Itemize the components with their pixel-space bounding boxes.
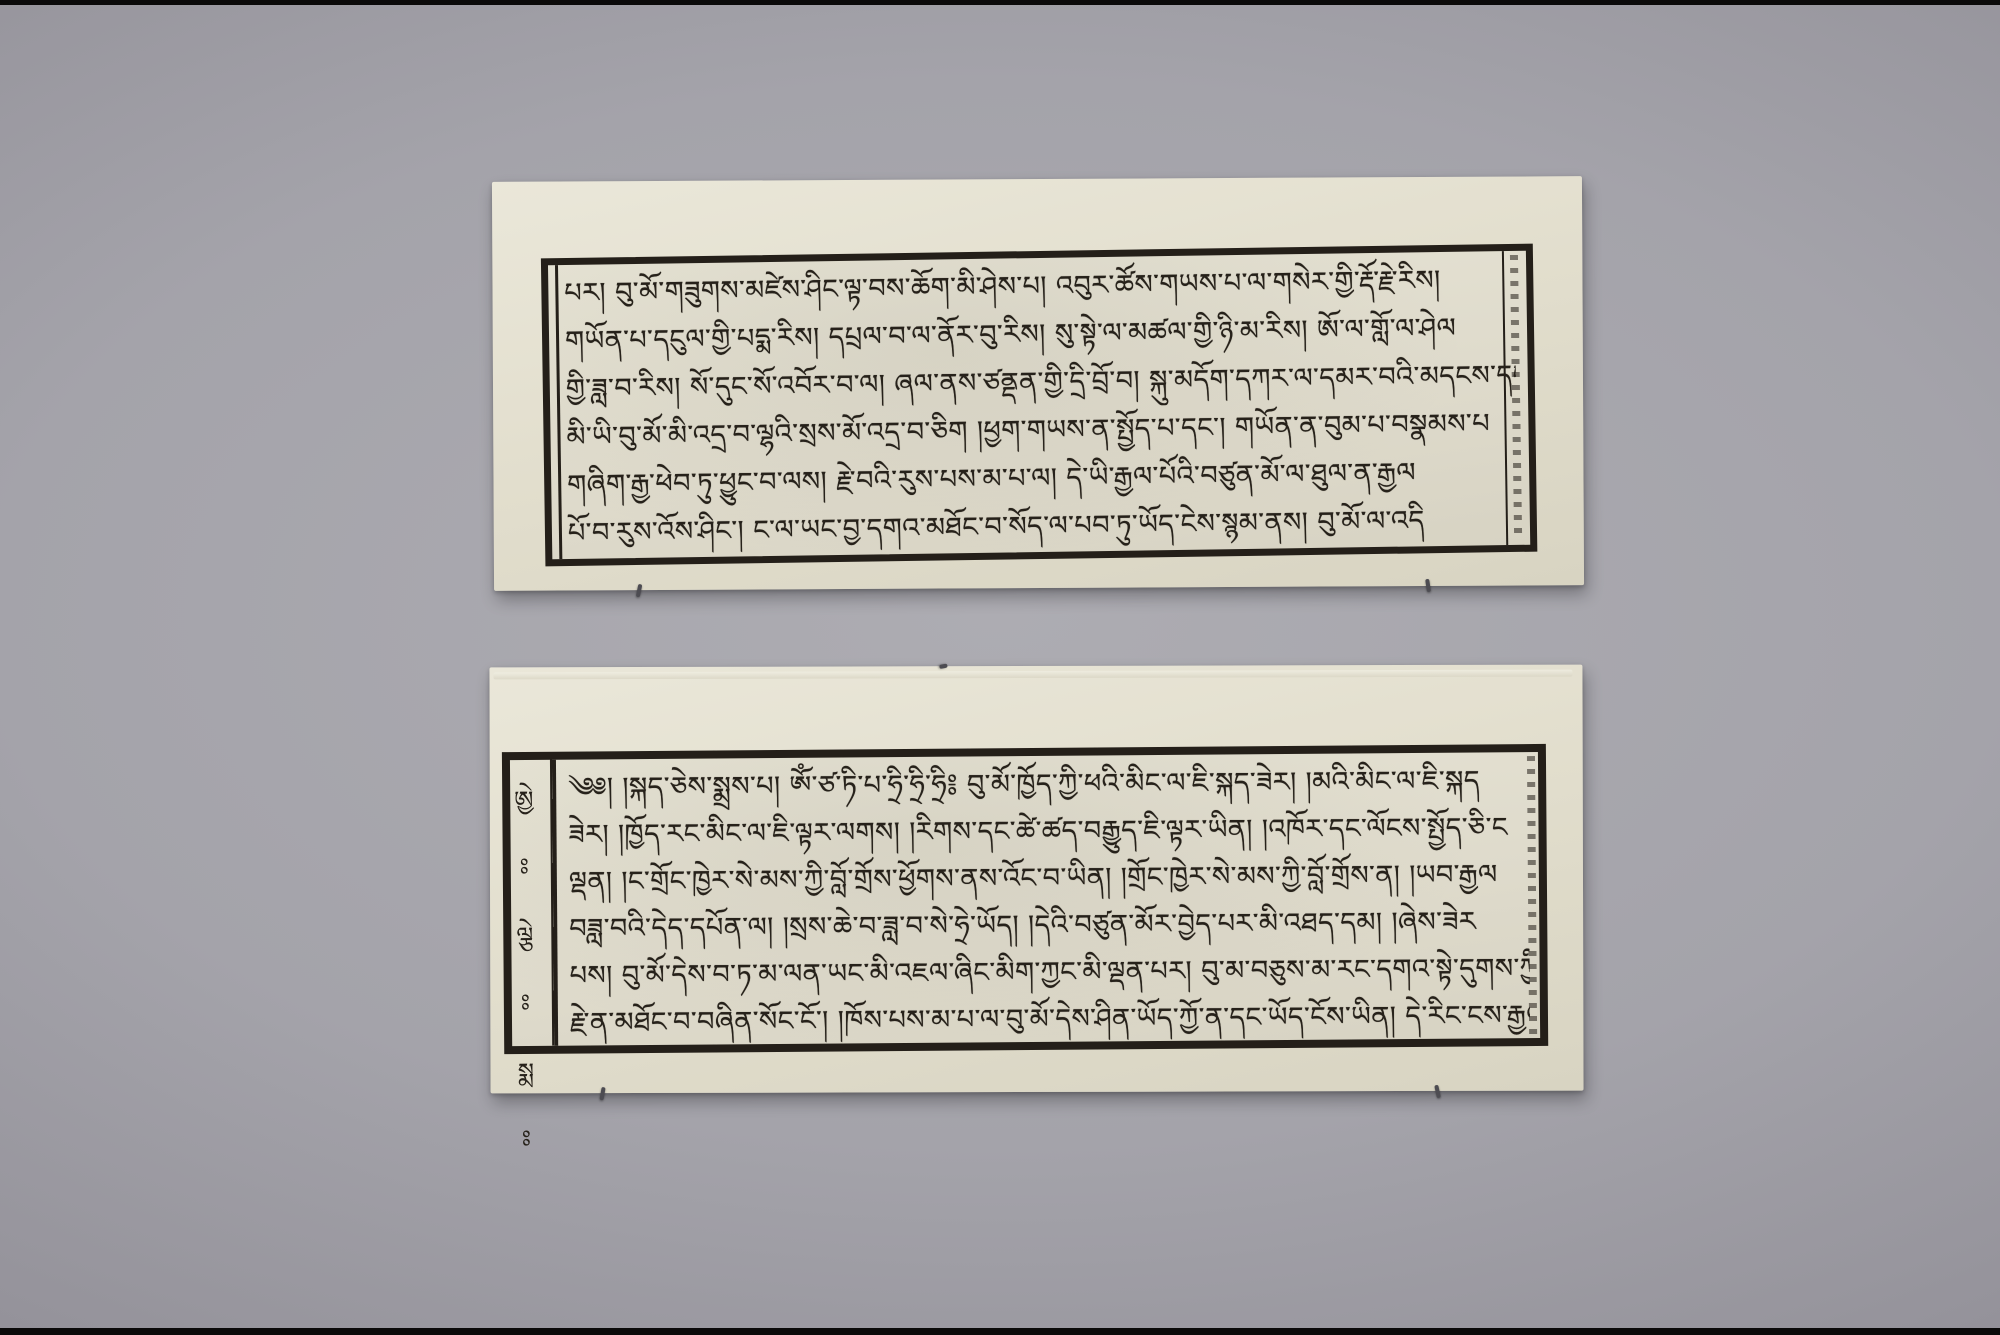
mounting-pin: [1425, 579, 1431, 592]
photo-top-border: [0, 0, 2000, 5]
text-line: ཟེར། །ཁྱོད་རང་མིང་ལ་ཇི་ལྟར་ལགས། །རིགས་དང…: [568, 804, 1528, 859]
manuscript-leaf-lower: ཨྱེཿ ལྕེཿ སྨཿ ༄༅། །སྐད་ཅེས་སྨྲས་པ། ཨོཾ་ཙ…: [489, 665, 1583, 1094]
text-block: པར། བུ་མོ་གཟུགས་མཛེས་ཤིང་ལྟ་བས་ཆོག་མི་ཤེ…: [548, 251, 1530, 558]
margin-glyph: སྨཿ: [521, 1046, 546, 1182]
text-line: བཟླ་བའི་དེད་དཔོན་ལ། །སྲས་ཆེ་བ་ཟླ་བ་སེ་ཧྲ…: [569, 898, 1529, 953]
manuscript-leaf-upper: པར། བུ་མོ་གཟུགས་མཛེས་ཤིང་ལྟ་བས་ཆོག་མི་ཤེ…: [492, 176, 1584, 591]
mounting-pin: [599, 1087, 605, 1100]
margin-glyph: ལྕེཿ: [520, 910, 545, 1046]
photograph: { "scene": { "background_color": "#a4a3a…: [0, 0, 2000, 1335]
print-frame: པར། བུ་མོ་གཟུགས་མཛེས་ཤིང་ལྟ་བས་ཆོག་མི་ཤེ…: [541, 244, 1537, 567]
text-block: ༄༅། །སྐད་ཅེས་སྨྲས་པ། ཨོཾ་ཙ་ཏི་པ་ཧྲི་ཧྲི་…: [556, 752, 1540, 1046]
text-line: རྗེ་ན་མཐོང་བ་བཞིན་སོང་ངོ་། །ཁོས་པས་མ་པ་ལ…: [570, 992, 1530, 1046]
paper-deckle-edge: [493, 670, 1572, 680]
photo-bottom-border: [0, 1328, 2000, 1335]
margin-glyph: ཨྱེཿ: [519, 774, 544, 910]
print-frame: ཨྱེཿ ལྕེཿ སྨཿ ༄༅། །སྐད་ཅེས་སྨྲས་པ། ཨོཾ་ཙ…: [502, 744, 1548, 1054]
text-line: པས། བུ་མོ་དེས་བ་ཏ་མ་ལན་ཡང་མི་འཇལ་ཞིང་མིག…: [569, 945, 1529, 1000]
mounting-pin: [939, 664, 948, 669]
margin-title-column: ཨྱེཿ ལྕེཿ སྨཿ: [510, 760, 558, 1046]
mounting-pin: [636, 584, 643, 598]
text-line: ༄༅། །སྐད་ཅེས་སྨྲས་པ། ཨོཾ་ཙ་ཏི་པ་ཧྲི་ཧྲི་…: [568, 757, 1528, 812]
text-line: ལྡན། །ང་གྲོང་ཁྱེར་སེ་མས་ཀྱི་བློ་གྲོས་ཕྱོ…: [569, 851, 1529, 906]
mounting-pin: [1434, 1085, 1441, 1099]
